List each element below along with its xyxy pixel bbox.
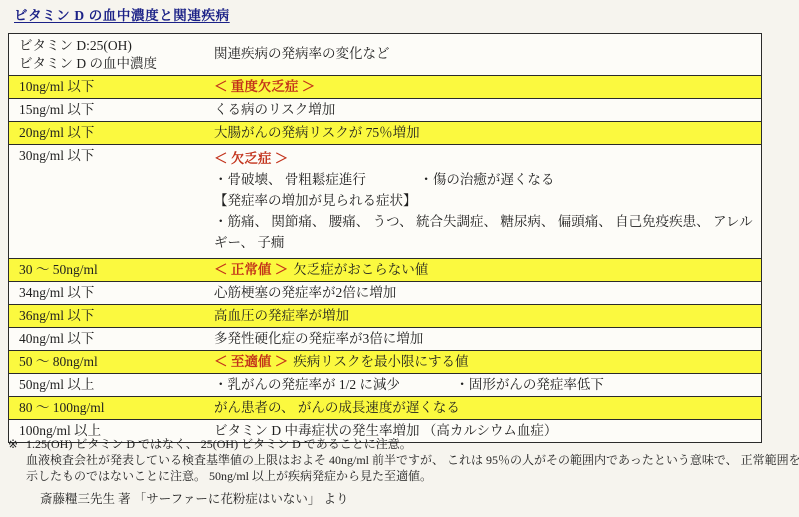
header-level-cell: ビタミン D:25(OH) ビタミン D の血中濃度	[9, 37, 214, 73]
table-row-50-80ng: 50 ～ 80ng/ml ＜ 至適値 ＞疾病リスクを最小限にする値	[9, 350, 761, 373]
detail-text: 疾病リスクを最小限にする値	[293, 354, 468, 369]
level-cell: 40ng/ml 以下	[9, 331, 214, 348]
level-cell: 30ng/ml 以下	[9, 148, 214, 165]
table-row-80-100ng: 80 ～ 100ng/ml がん患者の、 がんの成長速度が遅くなる	[9, 396, 761, 419]
detail-cell: くる病のリスク増加	[214, 102, 761, 119]
footnote: ※ 1.25(OH) ビタミン D ではなく、 25(OH) ビタミン D であ…	[8, 436, 799, 484]
footnote-text: 1.25(OH) ビタミン D ではなく、 25(OH) ビタミン D であるこ…	[26, 436, 799, 484]
page-title: ビタミン D の血中濃度と関連疾病	[14, 4, 230, 24]
level-cell: 15ng/ml 以下	[9, 102, 214, 119]
detail-cell: ＜ 正常値 ＞欠乏症がおこらない値	[214, 262, 761, 279]
detail-cell: ＜ 至適値 ＞疾病リスクを最小限にする値	[214, 354, 761, 371]
detail-cell: 心筋梗塞の発症率が2倍に増加	[214, 285, 761, 302]
header-level-line2: ビタミン D の血中濃度	[19, 55, 214, 73]
table-header-row: ビタミン D:25(OH) ビタミン D の血中濃度 関連疾病の発病率の変化など	[9, 34, 761, 75]
footnote-line1: 1.25(OH) ビタミン D ではなく、 25(OH) ビタミン D であるこ…	[26, 436, 799, 452]
header-level-line1: ビタミン D:25(OH)	[19, 37, 214, 55]
level-cell: 36ng/ml 以下	[9, 308, 214, 325]
table-row-30ng: 30ng/ml 以下 ＜ 欠乏症 ＞ ・骨破壊、 骨粗鬆症進行 ・傷の治癒が遅く…	[9, 144, 761, 258]
bullet-line: ・骨破壊、 骨粗鬆症進行 ・傷の治癒が遅くなる	[214, 169, 755, 190]
severity-label: ＜ 正常値 ＞	[214, 262, 288, 277]
detail-text: 欠乏症がおこらない値	[293, 262, 428, 277]
bracket-line: 【発症率の増加が見られる症状】	[214, 190, 755, 211]
detail-cell: ＜ 欠乏症 ＞ ・骨破壊、 骨粗鬆症進行 ・傷の治癒が遅くなる 【発症率の増加が…	[214, 148, 761, 253]
symptom-line: ・筋痛、 関節痛、 腰痛、 うつ、 統合失調症、 糖尿病、 偏頭痛、 自己免疫疾…	[214, 211, 755, 253]
bullet-left: ・骨破壊、 骨粗鬆症進行	[214, 169, 416, 190]
table-row-50ng-plus: 50ng/ml 以上 ・乳がんの発症率が 1/2 に減少 ・固形がんの発症率低下	[9, 373, 761, 396]
footnote-line3: 示したものではないことに注意。 50ng/ml 以上が疾病発症から見た至適値。	[26, 468, 799, 484]
detail-cell: 高血圧の発症率が増加	[214, 308, 761, 325]
vitamin-d-table: ビタミン D:25(OH) ビタミン D の血中濃度 関連疾病の発病率の変化など…	[8, 33, 762, 443]
footnote-line2: 血液検査会社が発表している検査基準値の上限はおよそ 40ng/ml 前半ですが、…	[26, 452, 799, 468]
detail-cell: がん患者の、 がんの成長速度が遅くなる	[214, 400, 761, 417]
level-cell: 30 ～ 50ng/ml	[9, 262, 214, 279]
detail-cell: 大腸がんの発病リスクが 75％増加	[214, 125, 761, 142]
level-cell: 80 ～ 100ng/ml	[9, 400, 214, 417]
table-row-20ng: 20ng/ml 以下 大腸がんの発病リスクが 75％増加	[9, 121, 761, 144]
detail-cell: 多発性硬化症の発症率が3倍に増加	[214, 331, 761, 348]
severity-label: ＜ 至適値 ＞	[214, 354, 288, 369]
document-page: ビタミン D の血中濃度と関連疾病 ビタミン D:25(OH) ビタミン D の…	[0, 0, 799, 517]
bullet-left: ・乳がんの発症率が 1/2 に減少	[214, 377, 452, 394]
bullet-right: ・傷の治癒が遅くなる	[419, 172, 554, 187]
table-row-34ng: 34ng/ml 以下 心筋梗塞の発症率が2倍に増加	[9, 281, 761, 304]
level-cell: 50ng/ml 以上	[9, 377, 214, 394]
table-row-40ng: 40ng/ml 以下 多発性硬化症の発症率が3倍に増加	[9, 327, 761, 350]
detail-cell: ・乳がんの発症率が 1/2 に減少 ・固形がんの発症率低下	[214, 377, 761, 394]
header-detail-cell: 関連疾病の発病率の変化など	[214, 46, 761, 63]
level-cell: 20ng/ml 以下	[9, 125, 214, 142]
detail-cell: ＜ 重度欠乏症 ＞	[214, 79, 761, 96]
level-cell: 34ng/ml 以下	[9, 285, 214, 302]
severity-label: ＜ 欠乏症 ＞	[214, 148, 750, 169]
level-cell: 10ng/ml 以下	[9, 79, 214, 96]
table-row-30-50ng: 30 ～ 50ng/ml ＜ 正常値 ＞欠乏症がおこらない値	[9, 258, 761, 281]
level-cell: 50 ～ 80ng/ml	[9, 354, 214, 371]
severity-label: ＜ 重度欠乏症 ＞	[214, 79, 315, 94]
table-row-15ng: 15ng/ml 以下 くる病のリスク増加	[9, 98, 761, 121]
citation: 斎藤糧三先生 著 「サーファーに花粉症はいない」 より	[40, 489, 349, 507]
table-row-10ng: 10ng/ml 以下 ＜ 重度欠乏症 ＞	[9, 75, 761, 98]
footnote-mark: ※	[8, 436, 26, 484]
table-row-36ng: 36ng/ml 以下 高血圧の発症率が増加	[9, 304, 761, 327]
bullet-right: ・固形がんの発症率低下	[455, 377, 604, 392]
